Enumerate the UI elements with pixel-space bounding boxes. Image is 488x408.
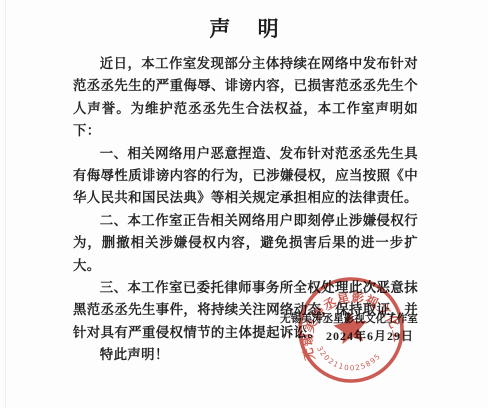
signature-date: 2024年6月29日 xyxy=(278,328,420,345)
statement-paragraph-item-1: 一、相关网络用户恶意捏造、发布针对范丞丞先生具有侮辱性质诽谤内容的行为，已涉嫌侵… xyxy=(73,143,418,210)
statement-paragraph-intro: 近日，本工作室发现部分主体持续在网络中发布针对范丞丞先生的严重侮辱、诽谤内容，已… xyxy=(73,53,418,143)
statement-document-page: 声 明 近日，本工作室发现部分主体持续在网络中发布针对范丞丞先生的严重侮辱、诽谤… xyxy=(0,0,488,408)
signature-studio-name: 无锡美涛丞星影视文化工作室 xyxy=(278,312,420,328)
statement-paragraph-closing: 特此声明！ xyxy=(73,344,418,366)
statement-title: 声 明 xyxy=(0,16,488,43)
signature-block: 无锡美涛丞星影视文化工作室 2024年6月29日 xyxy=(278,312,420,345)
statement-paragraph-item-2: 二、本工作室正告相关网络用户即刻停止涉嫌侵权行为，删撤相关涉嫌侵权内容，避免损害… xyxy=(73,210,418,277)
scan-edge-artifact xyxy=(5,0,6,408)
